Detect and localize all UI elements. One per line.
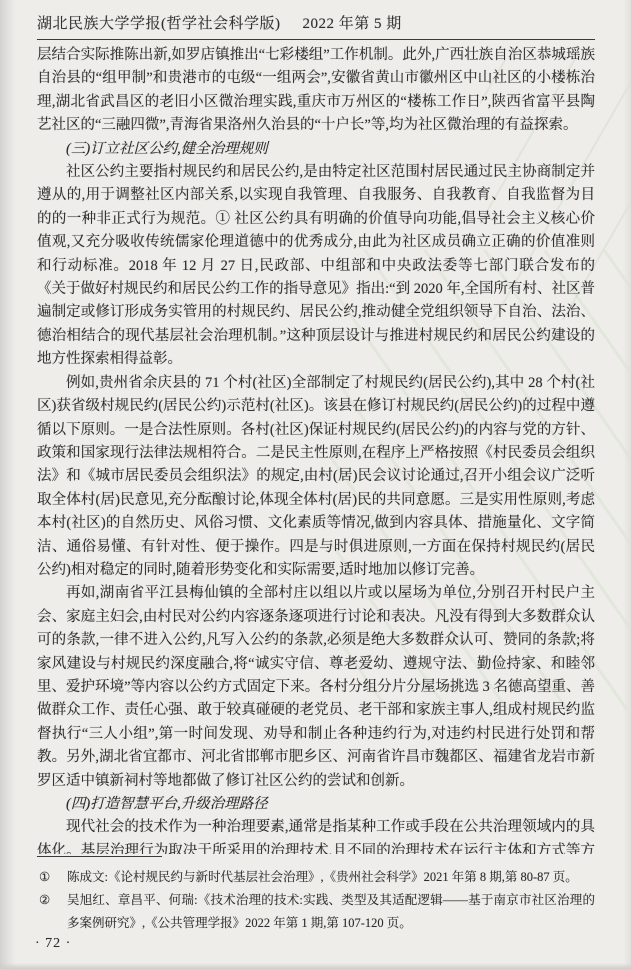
footnote-2-text: 吴旭红、章昌平、何瑞:《技术治理的技术:实践、类型及其适配逻辑——基于南京市社区…	[67, 893, 595, 930]
paragraph-meixian-example: 再如,湖南省平江县梅仙镇的全部村庄以组以片或以屋场为单位,分别召开村民户主会、家…	[37, 582, 595, 793]
page-number: · 72 ·	[35, 936, 71, 952]
paragraph-community-covenant: 社区公约主要指村规民约和居民公约,是由特定社区范围村居民通过民主协商制定并遵从的…	[37, 161, 595, 372]
scan-shadow-bottom	[0, 963, 631, 969]
journal-page: 湖北民族大学学报(哲学社会科学版)2022 年第 5 期 层结合实际推陈出新,如…	[0, 0, 631, 969]
footnote-2: ② 吴旭红、章昌平、何瑞:《技术治理的技术:实践、类型及其适配逻辑——基于南京市…	[37, 889, 595, 935]
journal-title: 湖北民族大学学报(哲学社会科学版)	[37, 16, 281, 32]
footnote-block: ① 陈成文:《论村规民约与新时代基层社会治理》,《贵州社会科学》2021 年第 …	[37, 856, 595, 935]
footnote-1: ① 陈成文:《论村规民约与新时代基层社会治理》,《贵州社会科学》2021 年第 …	[37, 866, 595, 889]
paragraph-smart-governance: 现代社会的技术作为一种治理要素,通常是指某种工作或手段在公共治理领域内的具体化。…	[37, 816, 595, 854]
section-heading-3: (三)订立社区公约,健全治理规则	[37, 138, 595, 161]
section-heading-4: (四)打造智慧平台,升级治理路径	[37, 793, 595, 816]
paragraph-continuation: 层结合实际推陈出新,如罗店镇推出“七彩楼组”工作机制。此外,广西壮族自治区恭城瑶…	[37, 44, 595, 138]
article-body: 层结合实际推陈出新,如罗店镇推出“七彩楼组”工作机制。此外,广西壮族自治区恭城瑶…	[37, 44, 595, 854]
running-header: 湖北民族大学学报(哲学社会科学版)2022 年第 5 期	[37, 12, 595, 40]
footnote-separator-rule	[37, 856, 162, 857]
footnote-1-marker: ①	[39, 866, 50, 889]
footnote-1-text: 陈成文:《论村规民约与新时代基层社会治理》,《贵州社会科学》2021 年第 8 …	[67, 870, 578, 884]
issue-label: 2022 年第 5 期	[303, 16, 402, 32]
scan-shadow-right	[623, 0, 631, 969]
scan-shadow-left	[0, 0, 16, 969]
footnote-2-marker: ②	[39, 889, 50, 912]
paragraph-yuqing-example: 例如,贵州省余庆县的 71 个村(社区)全部制定了村规民约(居民公约),其中 2…	[37, 372, 595, 583]
